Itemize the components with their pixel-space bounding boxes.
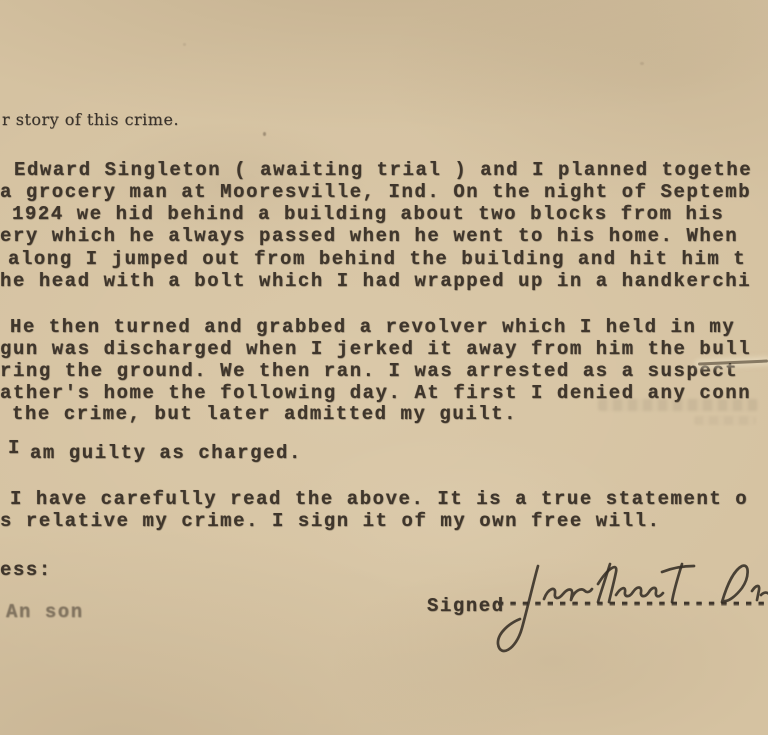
signature-handwriting [486,554,768,664]
typed-line: ery which he always passed when he went … [0,226,738,246]
typed-line: He then turned and grabbed a revolver wh… [10,317,735,337]
typed-line: gun was discharged when I jerked it away… [0,339,751,359]
typed-line: along I jumped out from behind the build… [8,249,746,269]
typed-line: I have carefully read the above. It is a… [10,489,748,509]
bleed-through-smudge [694,416,756,425]
typed-line: he head with a bolt which I had wrapped … [0,271,751,291]
document-page: r story of this crime. Edward Singleton … [0,0,768,735]
typed-line: Edward Singleton ( awaiting trial ) and … [14,160,752,180]
typed-line-guilty: Iam guilty as charged. [8,443,302,463]
paper-speck [640,62,644,65]
typed-line: a grocery man at Mooresville, Ind. On th… [0,182,751,202]
typed-line: ring the ground. We then ran. I was arre… [0,361,738,381]
bleed-through-smudge [598,399,758,411]
witness-label: ess: [0,560,52,580]
typed-line: s relative my crime. I sign it of my own… [0,511,661,531]
typed-line: 1924 we hid behind a building about two … [12,204,724,224]
paper-speck [263,132,266,136]
paper-speck [183,43,186,46]
raised-capital-i: I [8,437,21,459]
printed-form-line: r story of this crime. [2,110,179,129]
witness-name: An son [6,602,84,622]
guilty-text: am guilty as charged. [30,442,302,464]
typed-line: the crime, but later admitted my guilt. [12,404,517,424]
